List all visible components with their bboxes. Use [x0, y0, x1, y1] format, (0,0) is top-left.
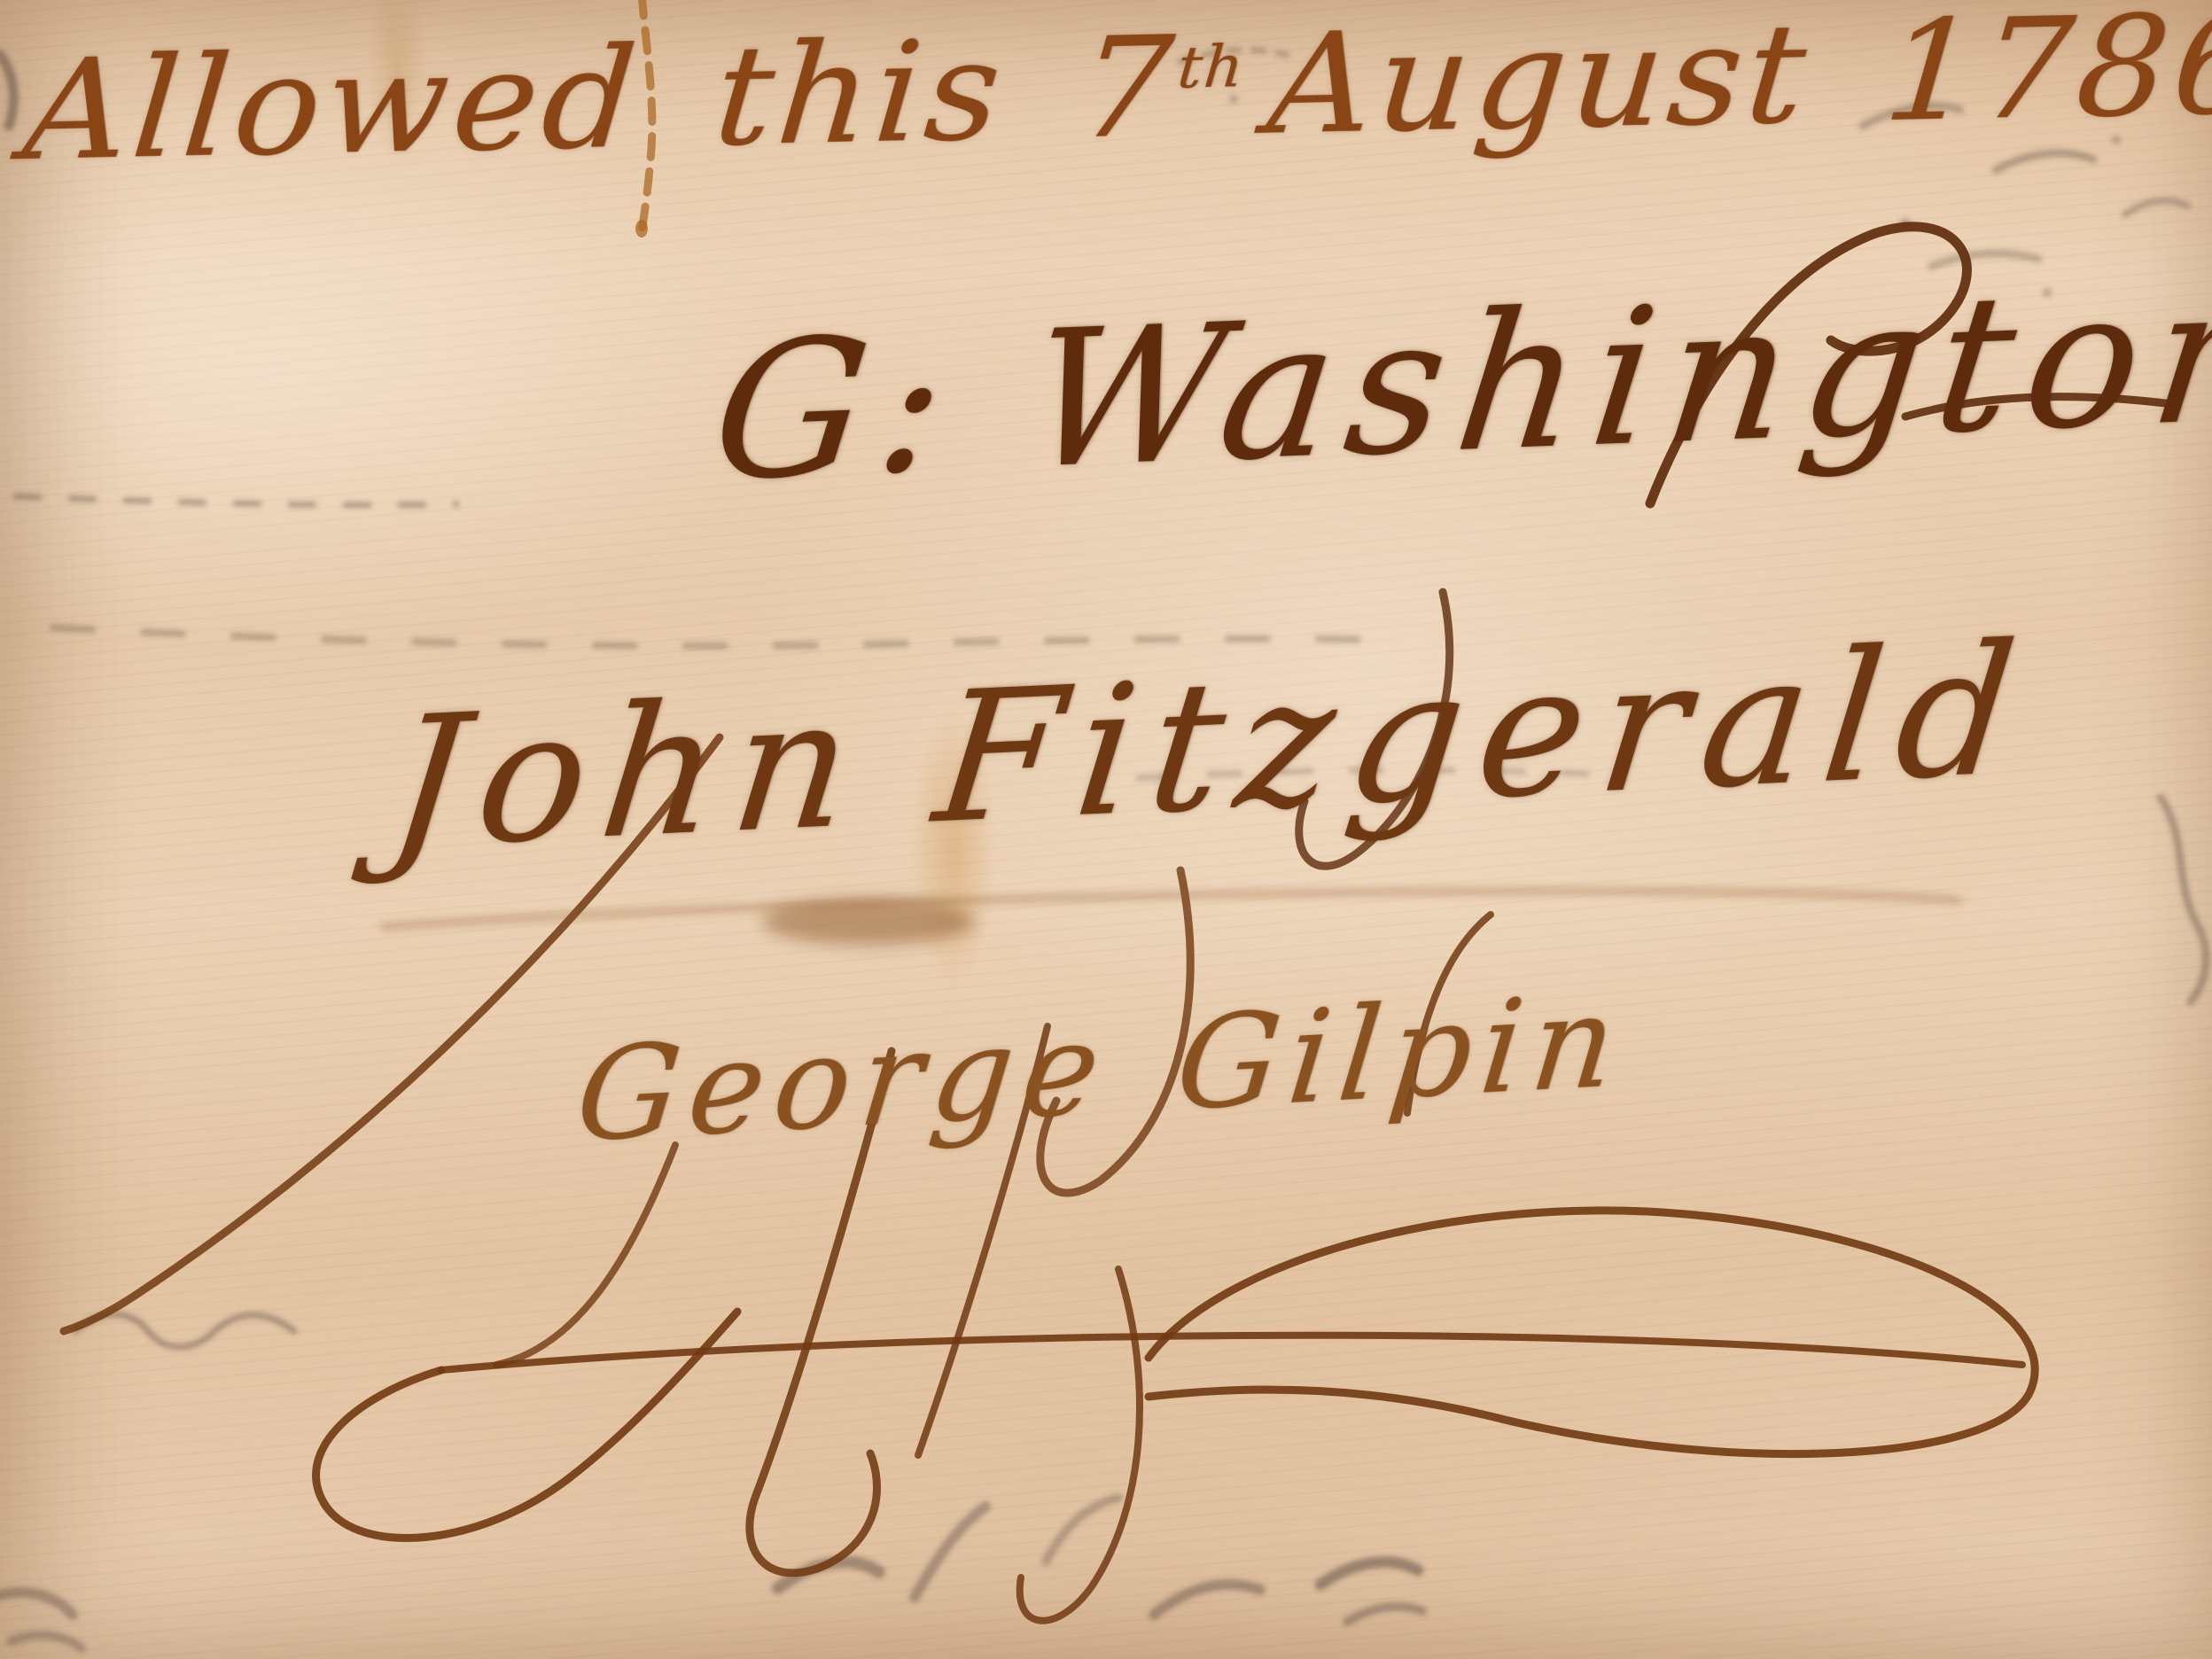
- manuscript-page: Allowed this 7thAugust 1786 G: Washingto…: [0, 0, 2212, 1659]
- endorsement-text-suffix: August 1786: [1262, 0, 2212, 166]
- endorsement-text-prefix: Allowed this 7: [18, 6, 1183, 192]
- ordinal-suffix: th: [1175, 33, 1248, 102]
- ink-smear: [383, 873, 1960, 961]
